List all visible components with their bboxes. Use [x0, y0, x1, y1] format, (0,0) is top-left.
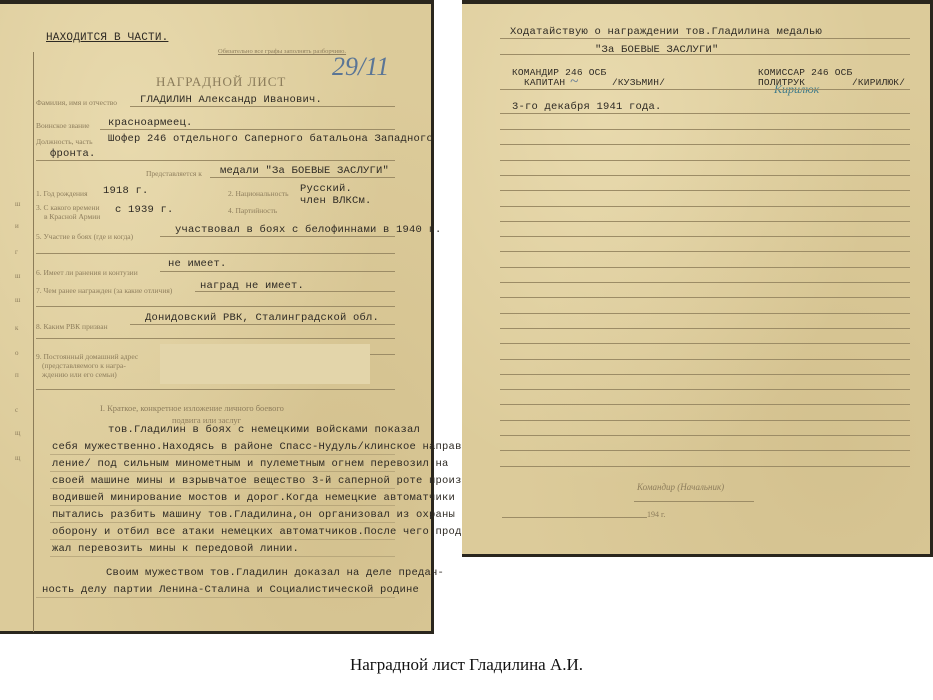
commander-rank: КАПИТАН	[524, 77, 565, 88]
rank-value: красноармеец.	[108, 117, 193, 129]
army-since-label-2: в Красной Армии	[44, 212, 100, 221]
side-letter: ш	[15, 296, 20, 304]
field-line	[130, 106, 395, 107]
margin-line	[33, 52, 34, 632]
side-letter: ш	[15, 200, 20, 208]
army-since-value: с 1939 г.	[115, 204, 174, 216]
ruled-line	[500, 175, 910, 176]
document-title: НАГРАДНОЙ ЛИСТ	[156, 74, 286, 90]
field-line	[50, 454, 395, 455]
side-letter: щ	[15, 429, 20, 437]
field-line	[160, 236, 395, 237]
footer-commander-label: Командир (Начальник)	[637, 482, 724, 492]
ruled-line	[500, 435, 910, 436]
ruled-line	[500, 450, 910, 451]
field-line	[500, 113, 910, 114]
field-line	[36, 160, 395, 161]
narrative-line: своей машине мины и взрывчатое вещество …	[52, 475, 468, 487]
field-line	[210, 177, 395, 178]
address-label-2: (представляемого к награ-	[42, 361, 126, 370]
field-line	[100, 129, 395, 130]
nationality-value: Русский.	[300, 183, 352, 195]
ruled-line	[500, 206, 910, 207]
field-line	[500, 38, 910, 39]
narrative-line: ление/ под сильным минометным и пулеметн…	[52, 458, 449, 470]
stamp-in-unit: НАХОДИТСЯ В ЧАСТИ.	[46, 32, 168, 44]
field-line	[50, 488, 395, 489]
ruled-line	[500, 328, 910, 329]
nationality-label: 2. Национальность	[228, 189, 289, 198]
handwritten-number: 29/11	[332, 52, 389, 82]
nominated-label: Представляется к	[146, 169, 202, 178]
rank-label: Воинское звание	[36, 121, 90, 130]
ruled-line	[500, 389, 910, 390]
figure-caption: Наградной лист Гладилина А.И.	[0, 655, 933, 675]
field-line	[50, 505, 395, 506]
ruled-line	[500, 160, 910, 161]
address-label-3: ждению или его семьи)	[42, 370, 117, 379]
ruled-line	[500, 251, 910, 252]
army-since-label: 3. С какого времени	[36, 203, 100, 212]
field-line	[50, 471, 395, 472]
ruled-line	[500, 129, 910, 130]
field-line	[50, 539, 395, 540]
narrative-line: водившей минирование мостов и дорог.Когд…	[52, 492, 455, 504]
combat-label: 5. Участие в боях (где и когда)	[36, 232, 133, 241]
field-line	[36, 306, 395, 307]
party-value: член ВЛКСм.	[300, 195, 372, 207]
birth-year-value: 1918 г.	[103, 185, 149, 197]
ruled-line	[500, 466, 910, 467]
name-label: Фамилия, имя и отчество	[36, 98, 117, 107]
instruction-note: Обязательно все графы заполнять разборчи…	[218, 48, 346, 55]
ruled-line	[500, 236, 910, 237]
position-label: Должность, часть	[36, 137, 93, 146]
field-line	[500, 89, 910, 90]
side-letter: щ	[15, 454, 20, 462]
narrative-line: себя мужественно.Находясь в районе Спасс…	[52, 441, 468, 453]
side-letter: п	[15, 371, 19, 379]
petition-line-1: Ходатайствую о награждении тов.Гладилина…	[510, 26, 822, 38]
wounds-value: не имеет.	[168, 258, 227, 270]
narrative-line: ность делу партии Ленина-Сталина и Социа…	[42, 584, 419, 596]
side-letter: ш	[15, 272, 20, 280]
field-line	[36, 389, 395, 390]
field-line	[36, 253, 395, 254]
ruled-line	[500, 374, 910, 375]
field-line	[36, 597, 395, 598]
narrative-line: пытались разбить машину тов.Гладилина,он…	[52, 509, 455, 521]
rvk-label: 8. Каким РВК призван	[36, 322, 108, 331]
field-line	[130, 324, 395, 325]
signing-date: 3-го декабря 1941 года.	[512, 101, 662, 113]
date-line	[502, 517, 647, 518]
field-line	[500, 54, 910, 55]
award-sheet-front-page: НАХОДИТСЯ В ЧАСТИ. Обязательно все графы…	[0, 0, 434, 634]
field-line	[36, 338, 395, 339]
field-line	[195, 291, 395, 292]
ruled-line	[500, 359, 910, 360]
commander-name: /КУЗЬМИН/	[612, 77, 665, 88]
narrative-line: жал перевозить мины к передовой линии.	[52, 543, 299, 555]
birth-year-label: 1. Год рождения	[36, 189, 88, 198]
ruled-line	[500, 404, 910, 405]
narrative-line: Своим мужеством тов.Гладилин доказал на …	[106, 567, 444, 579]
awards-label: 7. Чем ранее награжден (за какие отличия…	[36, 286, 172, 295]
signature-line	[634, 501, 754, 502]
side-letter: о	[15, 349, 19, 357]
ruled-line	[500, 297, 910, 298]
nominated-value: медали "За БОЕВЫЕ ЗАСЛУГИ"	[220, 165, 389, 177]
side-letter: с	[15, 406, 18, 414]
narrative-line: оборону и отбил все атаки немецких автом…	[52, 526, 481, 538]
section-heading: I. Краткое, конкретное изложение личного…	[100, 403, 284, 413]
ruled-line	[500, 144, 910, 145]
side-letter: и	[15, 222, 19, 230]
wounds-label: 6. Имеет ли ранения и контузии	[36, 268, 138, 277]
rvk-value: Донидовский РВК, Сталинградской обл.	[145, 312, 379, 324]
position-value-1: Шофер 246 отдельного Саперного батальона…	[108, 133, 433, 145]
combat-value: участвовал в боях с белофиннами в 1940 г…	[175, 224, 442, 236]
party-label: 4. Партийность	[228, 206, 277, 215]
field-line	[50, 556, 395, 557]
narrative-line: тов.Гладилин в боях с немецкими войсками…	[108, 424, 420, 436]
redacted-address	[160, 344, 370, 384]
position-value-2: фронта.	[50, 148, 96, 160]
field-line	[50, 522, 395, 523]
ruled-line	[500, 282, 910, 283]
ruled-line	[500, 313, 910, 314]
side-letter: г	[15, 248, 18, 256]
field-line	[160, 271, 395, 272]
ruled-line	[500, 420, 910, 421]
field-line	[370, 354, 395, 355]
side-letter: к	[15, 324, 18, 332]
ruled-line	[500, 221, 910, 222]
ruled-line	[500, 267, 910, 268]
ruled-line	[500, 343, 910, 344]
name-value: ГЛАДИЛИН Александр Иванович.	[140, 94, 322, 106]
address-label: 9. Постоянный домашний адрес	[36, 352, 138, 361]
award-sheet-back-page: Ходатайствую о награждении тов.Гладилина…	[462, 0, 933, 557]
commissar-name: /КИРИЛЮК/	[852, 77, 905, 88]
footer-date: 194 г.	[647, 510, 665, 519]
ruled-line	[500, 190, 910, 191]
